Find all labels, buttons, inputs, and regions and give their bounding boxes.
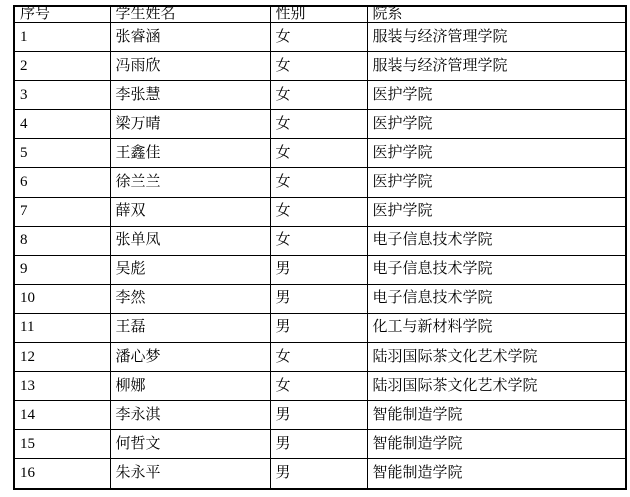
cell-name: 张睿涵 <box>110 23 270 52</box>
table-row: 12 潘心梦 女 陆羽国际茶文化艺术学院 <box>14 343 626 372</box>
table-row: 1 张睿涵 女 服装与经济管理学院 <box>14 23 626 52</box>
cell-department: 智能制造学院 <box>367 459 626 489</box>
cell-gender: 女 <box>270 226 367 255</box>
cell-name: 李永淇 <box>110 401 270 430</box>
cell-department: 医护学院 <box>367 168 626 197</box>
cell-index: 13 <box>14 372 110 401</box>
cell-department: 服装与经济管理学院 <box>367 52 626 81</box>
header-cell-name: 学生姓名 <box>110 6 270 23</box>
cell-index: 5 <box>14 139 110 168</box>
cell-gender: 女 <box>270 197 367 226</box>
cell-department: 医护学院 <box>367 81 626 110</box>
cell-gender: 女 <box>270 52 367 81</box>
cell-gender: 女 <box>270 23 367 52</box>
cell-gender: 女 <box>270 110 367 139</box>
cell-name: 吴彪 <box>110 255 270 284</box>
table-row: 3 李张慧 女 医护学院 <box>14 81 626 110</box>
student-roster-table: 序号 学生姓名 性别 院系 1 张睿涵 女 服装与经济管理学院 2 冯雨欣 女 … <box>13 5 627 490</box>
cell-name: 薛双 <box>110 197 270 226</box>
header-cell-gender: 性别 <box>270 6 367 23</box>
cell-gender: 男 <box>270 401 367 430</box>
table-row: 16 朱永平 男 智能制造学院 <box>14 459 626 489</box>
cell-index: 2 <box>14 52 110 81</box>
cell-department: 陆羽国际茶文化艺术学院 <box>367 372 626 401</box>
cell-gender: 女 <box>270 81 367 110</box>
table-row: 9 吴彪 男 电子信息技术学院 <box>14 255 626 284</box>
cell-name: 张单凤 <box>110 226 270 255</box>
table-row: 6 徐兰兰 女 医护学院 <box>14 168 626 197</box>
cell-gender: 男 <box>270 255 367 284</box>
cell-name: 梁万晴 <box>110 110 270 139</box>
cell-department: 服装与经济管理学院 <box>367 23 626 52</box>
header-cell-department: 院系 <box>367 6 626 23</box>
cell-index: 4 <box>14 110 110 139</box>
table-row: 4 梁万晴 女 医护学院 <box>14 110 626 139</box>
table-row: 2 冯雨欣 女 服装与经济管理学院 <box>14 52 626 81</box>
cell-gender: 男 <box>270 313 367 342</box>
cell-index: 14 <box>14 401 110 430</box>
table-row: 14 李永淇 男 智能制造学院 <box>14 401 626 430</box>
table-header-row: 序号 学生姓名 性别 院系 <box>14 6 626 23</box>
cell-gender: 男 <box>270 430 367 459</box>
cell-name: 潘心梦 <box>110 343 270 372</box>
document-page: 序号 学生姓名 性别 院系 1 张睿涵 女 服装与经济管理学院 2 冯雨欣 女 … <box>0 0 630 497</box>
cell-gender: 男 <box>270 459 367 489</box>
cell-index: 9 <box>14 255 110 284</box>
table-body: 1 张睿涵 女 服装与经济管理学院 2 冯雨欣 女 服装与经济管理学院 3 李张… <box>14 23 626 490</box>
header-cell-index: 序号 <box>14 6 110 23</box>
cell-name: 徐兰兰 <box>110 168 270 197</box>
cell-department: 陆羽国际茶文化艺术学院 <box>367 343 626 372</box>
cell-index: 10 <box>14 284 110 313</box>
cell-department: 智能制造学院 <box>367 401 626 430</box>
cell-department: 医护学院 <box>367 139 626 168</box>
cell-index: 11 <box>14 313 110 342</box>
cell-index: 8 <box>14 226 110 255</box>
cell-name: 王鑫佳 <box>110 139 270 168</box>
cell-gender: 男 <box>270 284 367 313</box>
cell-index: 16 <box>14 459 110 489</box>
cell-index: 3 <box>14 81 110 110</box>
table-row: 10 李然 男 电子信息技术学院 <box>14 284 626 313</box>
cell-gender: 女 <box>270 168 367 197</box>
cell-name: 柳娜 <box>110 372 270 401</box>
cell-gender: 女 <box>270 139 367 168</box>
table-row: 7 薛双 女 医护学院 <box>14 197 626 226</box>
cell-department: 智能制造学院 <box>367 430 626 459</box>
cell-name: 李张慧 <box>110 81 270 110</box>
cell-department: 医护学院 <box>367 197 626 226</box>
cell-name: 王磊 <box>110 313 270 342</box>
cell-department: 电子信息技术学院 <box>367 226 626 255</box>
table-row: 11 王磊 男 化工与新材料学院 <box>14 313 626 342</box>
cell-department: 化工与新材料学院 <box>367 313 626 342</box>
table-row: 13 柳娜 女 陆羽国际茶文化艺术学院 <box>14 372 626 401</box>
cell-department: 电子信息技术学院 <box>367 284 626 313</box>
cell-index: 15 <box>14 430 110 459</box>
table-row: 8 张单凤 女 电子信息技术学院 <box>14 226 626 255</box>
cell-name: 朱永平 <box>110 459 270 489</box>
cell-department: 医护学院 <box>367 110 626 139</box>
cell-gender: 女 <box>270 372 367 401</box>
cell-gender: 女 <box>270 343 367 372</box>
table-row: 15 何哲文 男 智能制造学院 <box>14 430 626 459</box>
cell-index: 12 <box>14 343 110 372</box>
cell-name: 何哲文 <box>110 430 270 459</box>
cell-index: 7 <box>14 197 110 226</box>
cell-department: 电子信息技术学院 <box>367 255 626 284</box>
cell-index: 6 <box>14 168 110 197</box>
table-row: 5 王鑫佳 女 医护学院 <box>14 139 626 168</box>
cell-index: 1 <box>14 23 110 52</box>
cell-name: 李然 <box>110 284 270 313</box>
cell-name: 冯雨欣 <box>110 52 270 81</box>
